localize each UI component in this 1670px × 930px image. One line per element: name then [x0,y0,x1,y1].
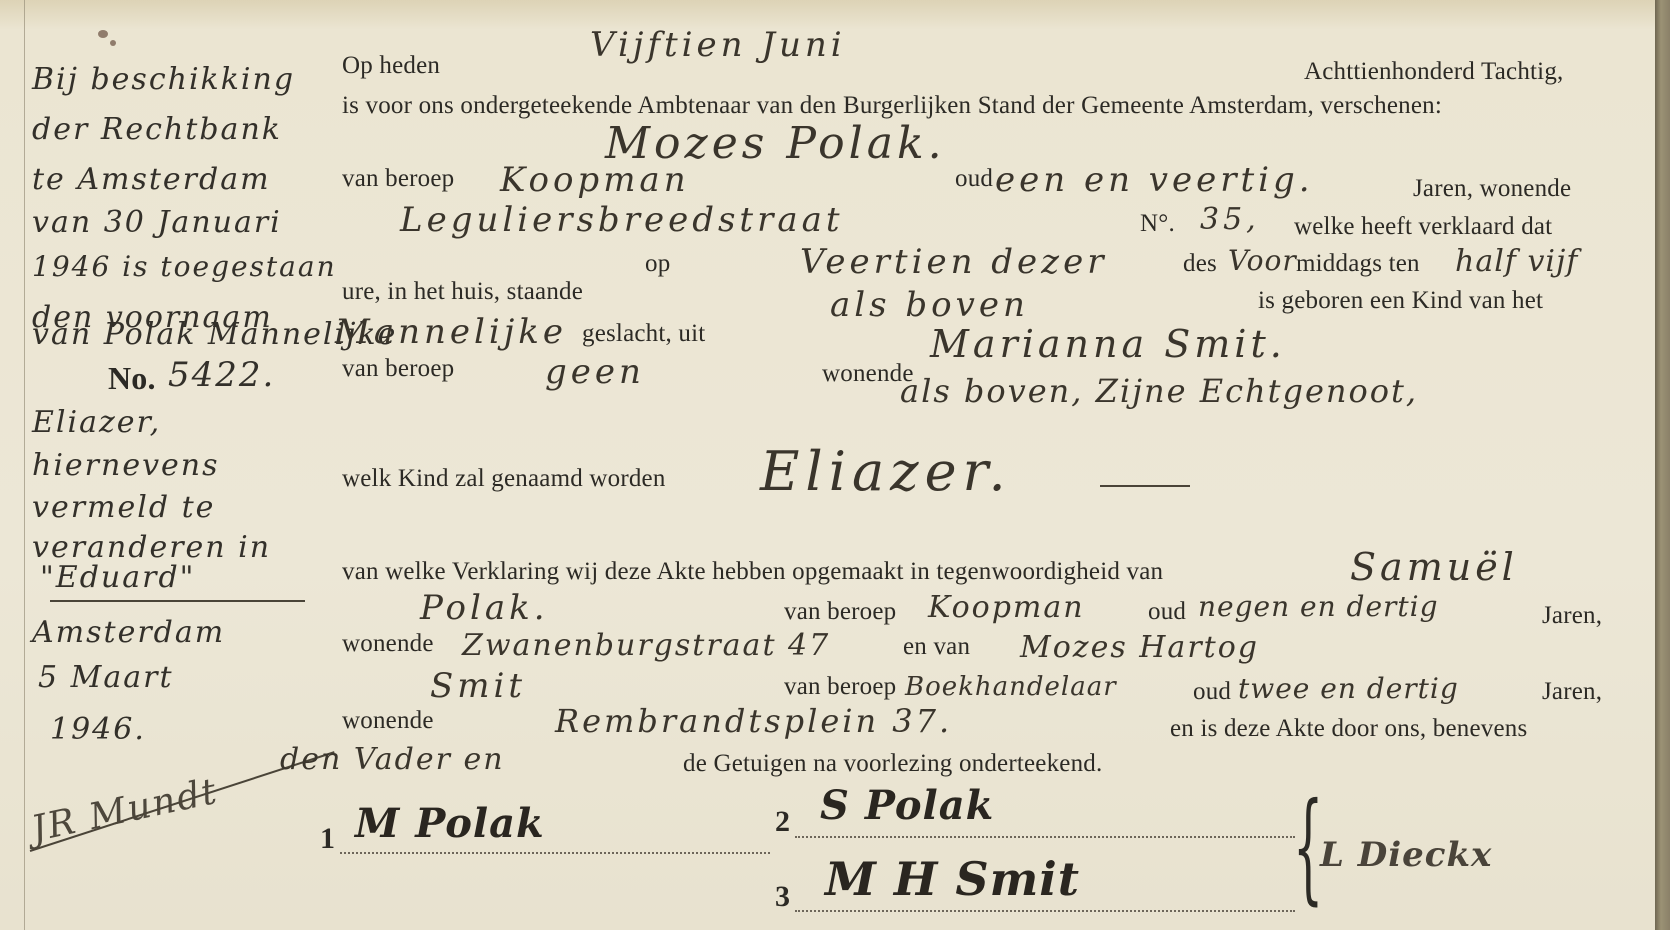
register-number: 5422. [168,355,275,395]
hw-declarant-age: een en veertig. [995,160,1314,200]
hw-birth-day: Veertien dezer [800,242,1107,282]
hw-witness1-first: Samuël [1350,545,1518,589]
printed-wonende-w1: wonende [342,630,434,658]
printed-middags-ten: middags ten [1296,250,1420,278]
printed-oud: oud [955,165,993,193]
margin-note-line: der Rechtbank [32,112,282,147]
signature-line-1 [340,852,770,854]
printed-de-getuigen: de Getuigen na voorlezing onderteekend. [683,750,1102,778]
signature-number-3: 3 [775,880,790,914]
margin-note-line: 5 Maart [38,660,174,695]
hw-addition: den Vader en [280,742,505,777]
printed-en-van: en van [903,633,970,661]
hw-mother-residence: als boven, Zijne Echtgenoot, [900,372,1418,410]
margin-note-line: van 30 Januari [32,205,282,240]
margin-note-signature: JR Mundt [28,771,222,851]
printed-van-beroep: van beroep [342,165,454,193]
hw-date: Vijftien Juni [590,25,846,65]
printed-des: des [1183,250,1217,278]
hw-witness2-last: Smit [430,666,526,706]
signature-number-2: 2 [775,805,790,839]
hw-witness2-first: Mozes Hartog [1020,630,1259,665]
margin-note-new-name: "Eduard" [40,560,195,595]
printed-op-heden: Op heden [342,52,440,80]
hw-mother-name: Marianna Smit. [930,322,1286,366]
printed-jaren-w1: Jaren, [1542,602,1602,630]
printed-is-voor-ons: is voor ons ondergeteekende Ambtenaar va… [342,92,1442,120]
printed-oud-w2: oud [1193,678,1231,706]
hw-child-name: Eliazer. [760,440,1012,503]
hw-declarant-street: Leguliersbreedstraat [400,200,844,240]
signature-1: M Polak [355,800,545,847]
hw-sex: Mannelijke [335,312,567,352]
signature-line-3 [795,910,1295,912]
printed-welke-heeft: welke heeft verklaard dat [1294,213,1552,241]
printed-no-label: N°. [1140,210,1175,238]
printed-wonende-w2: wonende [342,707,434,735]
hw-witness1-occupation: Koopman [928,590,1085,625]
printed-van-beroep-w2: van beroep [784,673,896,701]
hw-mother-occupation: geen [545,352,645,392]
printed-van-beroep-mother: van beroep [342,355,454,383]
ink-stain [110,40,116,46]
printed-ure-huis: ure, in het huis, staande [342,278,583,306]
printed-jaren-wonende: Jaren, wonende [1413,175,1571,203]
hw-birth-place: als boven [830,285,1029,325]
printed-van-beroep-w1: van beroep [784,598,896,626]
hw-time-prefix: Voor [1228,244,1297,277]
signature-brace: { [1293,778,1324,917]
hw-declarant-occupation: Koopman [500,160,690,200]
hw-witness1-last: Polak. [420,588,549,628]
margin-note-line: 1946. [50,712,146,747]
margin-note-line: Bij beschikking [32,62,295,97]
hw-house-number: 35, [1200,202,1260,237]
register-number-label: No. [108,360,156,397]
hw-witness1-age: negen en dertig [1198,590,1439,623]
hw-witness2-address: Rembrandtsplein 37. [555,702,952,740]
margin-note-line: Amsterdam [32,615,225,650]
printed-van-welke: van welke Verklaring wij deze Akte hebbe… [342,558,1163,586]
margin-note-line: te Amsterdam [32,162,271,197]
printed-jaren-w2: Jaren, [1542,678,1602,706]
underline [50,600,305,602]
margin-note-line: vermeld te [32,490,215,525]
printed-year: Achttienhonderd Tachtig, [1304,58,1563,86]
printed-op: op [645,250,670,278]
hw-witness2-age: twee en dertig [1238,672,1459,705]
signature-number-1: 1 [320,822,335,856]
margin-note-line: Eliazer, [32,405,161,440]
printed-welk-kind: welk Kind zal genaamd worden [342,465,666,493]
fill-dash [1100,485,1190,487]
signature-3: M H Smit [825,852,1080,906]
printed-oud-w1: oud [1148,598,1186,626]
signature-2: S Polak [820,782,994,829]
page-edge [1655,0,1670,930]
margin-note-line: 1946 is toegestaan [32,250,337,283]
left-margin-rule [24,0,25,930]
printed-en-is-deze: en is deze Akte door ons, benevens [1170,715,1527,743]
printed-is-geboren: is geboren een Kind van het [1258,287,1543,315]
certificate-page: Bij beschikking der Rechtbank te Amsterd… [0,0,1655,930]
ink-stain [98,30,108,38]
signature-line-2 [795,836,1295,838]
margin-note-line: hiernevens [32,448,220,483]
hw-time: half vijf [1455,244,1578,279]
printed-geslacht-uit: geslacht, uit [582,320,705,348]
hw-witness2-occupation: Boekhandelaar [905,672,1117,702]
registrar-signature: L Dieckx [1320,835,1492,875]
hw-witness1-address: Zwanenburgstraat 47 [462,628,830,663]
